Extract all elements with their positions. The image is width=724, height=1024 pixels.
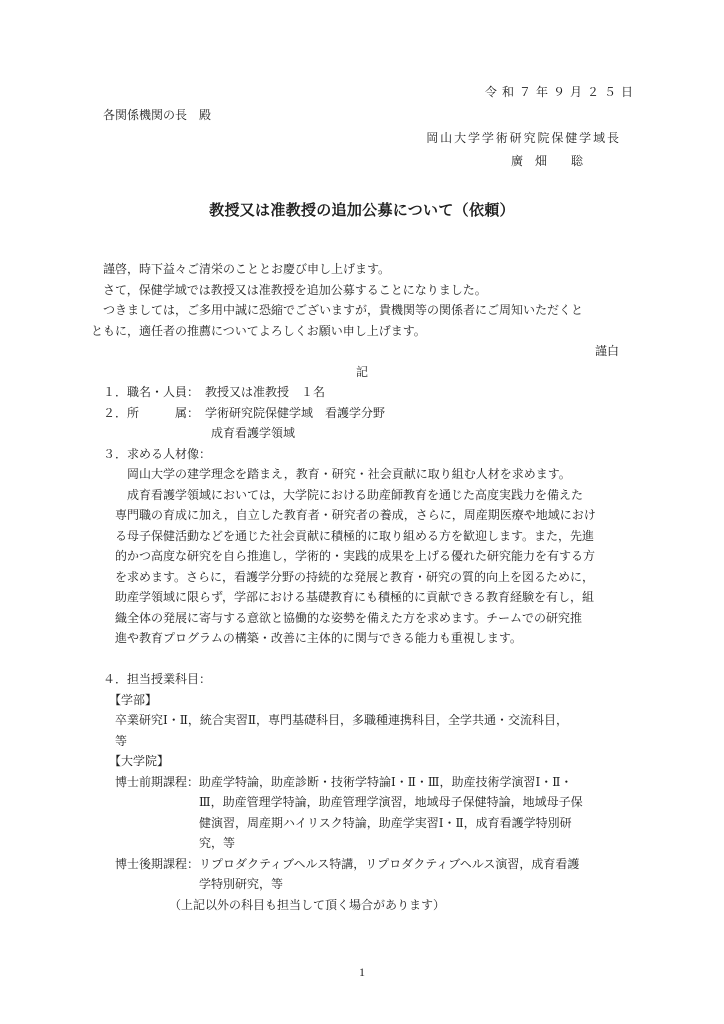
addressee-line: 各関係機関の長 殿: [91, 104, 633, 127]
item-2-affiliation: ２．所 属： 学術研究院保健学域 看護学分野 成育看護学領域: [91, 403, 633, 444]
greeting-paragraphs: 謹啓，時下益々ご清栄のこととお慶び申し上げます。 さて，保健学域では教授又は准教…: [91, 259, 633, 341]
closing-word: 謹白: [91, 341, 633, 362]
record-marker: 記: [91, 362, 633, 383]
date-line-wrap: 令和７年９月２５日: [91, 81, 633, 104]
item-3-desired-profile: ３．求める人材像： 岡山大学の建学理念を踏まえ，教育・研究・社会貢献に取り組む人…: [91, 444, 633, 649]
sender-org-line: 岡山大学学術研究院保健学域長: [91, 127, 635, 150]
document-title: 教授又は准教授の追加公募について（依頼）: [0, 201, 724, 221]
sender-name-line: 廣 畑 聡: [91, 150, 633, 173]
item-4-courses: ４．担当授業科目： 【学部】 卒業研究Ⅰ・Ⅱ，統合実習Ⅱ，専門基礎科目，多職種連…: [91, 669, 633, 915]
page-number: 1: [0, 962, 724, 983]
document-page: 令和７年９月２５日 各関係機関の長 殿 岡山大学学術研究院保健学域長 廣 畑 聡…: [0, 0, 724, 1024]
letter-header: 令和７年９月２５日 各関係機関の長 殿 岡山大学学術研究院保健学域長 廣 畑 聡: [91, 81, 633, 173]
issue-date: 令和７年９月２５日: [485, 85, 638, 99]
letter-body: 謹啓，時下益々ご清栄のこととお慶び申し上げます。 さて，保健学域では教授又は准教…: [91, 259, 633, 915]
item-1-position: １．職名・人員： 教授又は准教授 １名: [91, 382, 633, 403]
